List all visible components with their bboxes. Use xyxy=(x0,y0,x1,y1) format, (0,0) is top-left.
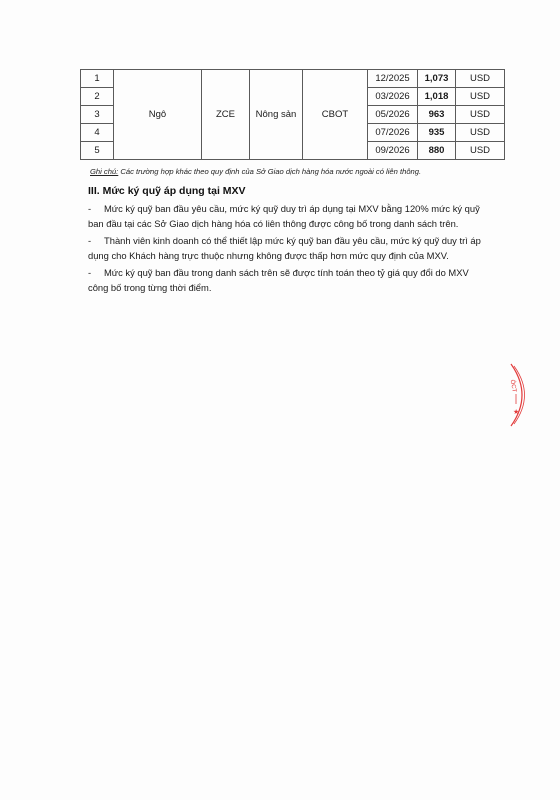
contract-month: 07/2026 xyxy=(368,124,418,142)
red-stamp-icon: ÔCT ★ xyxy=(505,360,535,430)
currency: USD xyxy=(456,106,505,124)
contract-month: 12/2025 xyxy=(368,70,418,88)
row-index: 2 xyxy=(81,88,114,106)
row-index: 1 xyxy=(81,70,114,88)
margin-value: 935 xyxy=(418,124,456,142)
document-page: 1 Ngô ZCE Nông sản CBOT 12/2025 1,073 US… xyxy=(0,0,560,800)
table-note: Ghi chú: Các trường hợp khác theo quy đị… xyxy=(90,167,421,176)
bullet-dash: - xyxy=(88,265,104,280)
currency: USD xyxy=(456,70,505,88)
product-group: Nông sản xyxy=(250,70,303,160)
margin-table: 1 Ngô ZCE Nông sản CBOT 12/2025 1,073 US… xyxy=(80,69,505,160)
bullet-dash: - xyxy=(88,201,104,216)
contract-month: 09/2026 xyxy=(368,142,418,160)
row-index: 5 xyxy=(81,142,114,160)
margin-value: 1,073 xyxy=(418,70,456,88)
currency: USD xyxy=(456,142,505,160)
bullet-paragraph: -Mức ký quỹ ban đầu yêu cầu, mức ký quỹ … xyxy=(88,201,508,231)
product-name: Ngô xyxy=(114,70,202,160)
bullet-dash: - xyxy=(88,233,104,248)
table-row: 1 Ngô ZCE Nông sản CBOT 12/2025 1,073 US… xyxy=(81,70,505,88)
svg-text:★: ★ xyxy=(513,408,519,416)
margin-value: 1,018 xyxy=(418,88,456,106)
bullet-paragraph: -Mức ký quỹ ban đầu trong danh sách trên… xyxy=(88,265,508,295)
currency: USD xyxy=(456,124,505,142)
bullet-paragraph: -Thành viên kinh doanh có thể thiết lập … xyxy=(88,233,508,263)
note-label: Ghi chú: xyxy=(90,167,118,176)
contract-month: 05/2026 xyxy=(368,106,418,124)
svg-text:ÔCT: ÔCT xyxy=(509,379,518,393)
row-index: 4 xyxy=(81,124,114,142)
row-index: 3 xyxy=(81,106,114,124)
currency: USD xyxy=(456,88,505,106)
margin-value: 880 xyxy=(418,142,456,160)
margin-value: 963 xyxy=(418,106,456,124)
exchange-name: CBOT xyxy=(303,70,368,160)
contract-month: 03/2026 xyxy=(368,88,418,106)
product-code: ZCE xyxy=(202,70,250,160)
note-text: Các trường hợp khác theo quy định của Sở… xyxy=(118,167,421,176)
section-heading: III. Mức ký quỹ áp dụng tại MXV xyxy=(88,185,246,197)
